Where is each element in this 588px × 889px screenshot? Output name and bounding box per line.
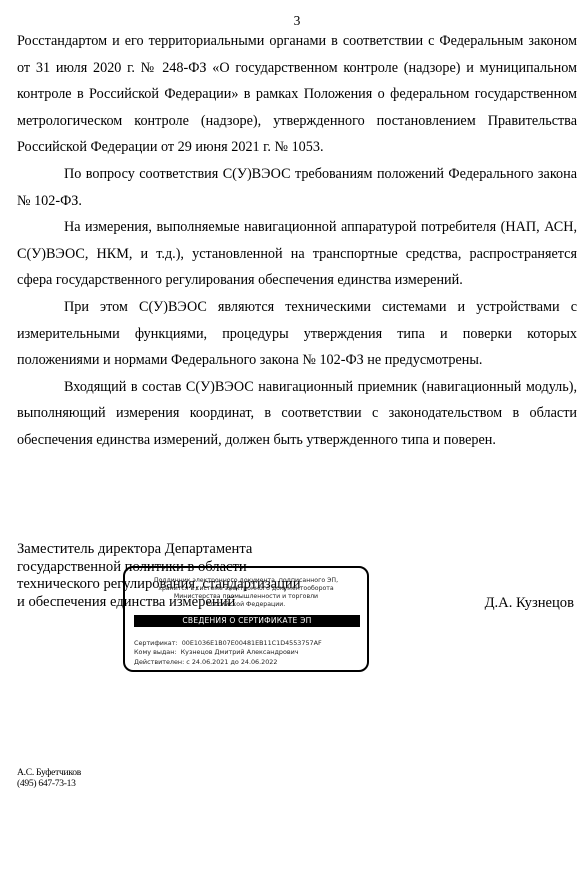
stamp-header: СВЕДЕНИЯ О СЕРТИФИКАТЕ ЭП: [134, 615, 360, 627]
signatory-position-line: Заместитель директора Департамента: [17, 541, 301, 559]
electronic-signature-stamp: Подлинник электронного документа, подпис…: [123, 566, 369, 672]
stamp-note: Подлинник электронного документа, подпис…: [125, 577, 367, 609]
certificate-info: Сертификат: 00E1036E1B07E00481EB11C1D455…: [134, 639, 322, 667]
stamp-note-line: Подлинник электронного документа, подпис…: [125, 577, 367, 585]
page-number: 3: [0, 13, 588, 29]
valid-label: Действителен:: [134, 658, 184, 666]
paragraph: Входящий в состав С(У)ВЭОС навигационный…: [17, 374, 577, 454]
issued-to-value: Кузнецов Дмитрий Александрович: [181, 648, 299, 656]
stamp-note-line: хранится в системе электронного документ…: [125, 585, 367, 593]
certificate-label: Сертификат:: [134, 639, 178, 647]
valid-row: Действителен: с 24.06.2021 до 24.06.2022: [134, 658, 322, 667]
document-page: 3 Росстандартом и его территориальными о…: [0, 0, 588, 889]
executor-phone: (495) 647-73-13: [17, 779, 81, 790]
executor-info: А.С. Буфетчиков (495) 647-73-13: [17, 768, 81, 790]
certificate-value: 00E1036E1B07E00481EB11C1D4553757AF: [182, 639, 322, 647]
signatory-name: Д.А. Кузнецов: [485, 595, 574, 612]
letter-body: Росстандартом и его территориальными орг…: [17, 28, 577, 454]
issued-to-label: Кому выдан:: [134, 648, 177, 656]
valid-value: с 24.06.2021 до 24.06.2022: [186, 658, 277, 666]
paragraph: Росстандартом и его территориальными орг…: [17, 28, 577, 161]
certificate-row: Сертификат: 00E1036E1B07E00481EB11C1D455…: [134, 639, 322, 648]
stamp-note-line: Российской Федерации.: [125, 601, 367, 609]
paragraph: При этом С(У)ВЭОС являются техническими …: [17, 294, 577, 374]
issued-to-row: Кому выдан: Кузнецов Дмитрий Александров…: [134, 648, 322, 657]
stamp-note-line: Министерства промышленности и торговли: [125, 593, 367, 601]
paragraph: По вопросу соответствия С(У)ВЭОС требова…: [17, 161, 577, 214]
paragraph: На измерения, выполняемые навигационной …: [17, 214, 577, 294]
